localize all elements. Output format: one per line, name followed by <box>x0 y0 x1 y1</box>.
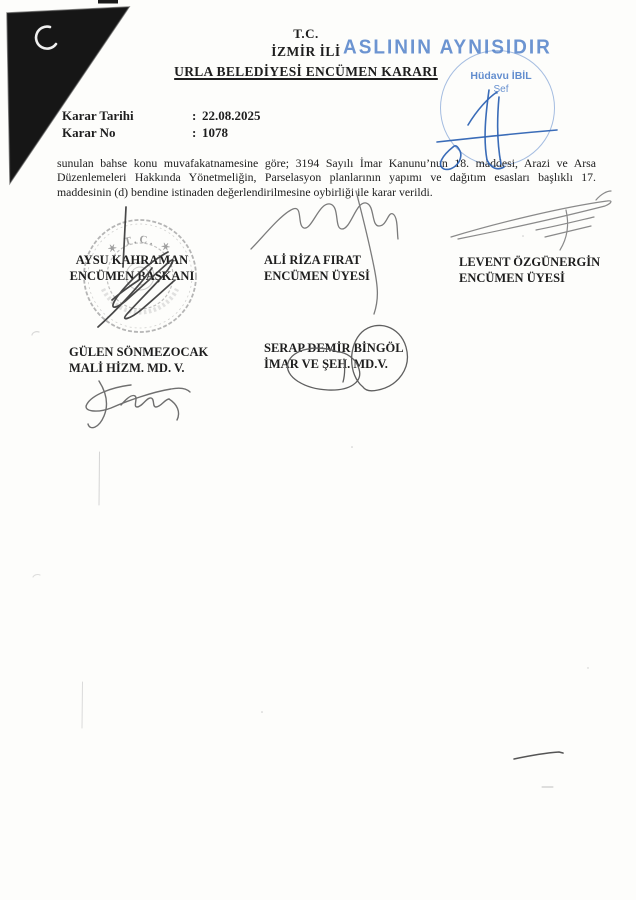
signature-block-finance-director: GÜLEN SÖNMEZOCAK MALİ HİZM. MD. V. <box>69 344 208 376</box>
paper-specks <box>261 235 589 713</box>
certifier-name: Hüdavu İBİL <box>448 70 554 82</box>
certifier-title: Şef <box>448 84 554 95</box>
meta-label-date: Karar Tarihi <box>62 108 192 124</box>
meta-separator: : <box>192 108 202 124</box>
signatory-name: GÜLEN SÖNMEZOCAK <box>69 344 208 360</box>
signatory-title: ENCÜMEN ÜYESİ <box>264 268 370 284</box>
meta-separator: : <box>192 125 202 141</box>
decision-meta: Karar Tarihi : 22.08.2025 Karar No : 107… <box>62 108 261 141</box>
signature-ink-member-2 <box>451 191 611 250</box>
body-line: Düzenlemeleri Hakkında Yönetmeliğin, Par… <box>57 170 596 184</box>
signatory-title: İMAR VE ŞEH. MD.V. <box>264 356 404 372</box>
scanned-document-page: ✶ T.C. ✶ T.C. İZMİR İLİ URLA BELEDİYESİ … <box>0 0 636 900</box>
meta-label-number: Karar No <box>62 125 192 141</box>
decision-body: sunulan bahse konu muvafakatnamesine gör… <box>57 156 596 199</box>
signature-block-planning-director: SERAP DEMİR BİNGÖL İMAR VE ŞEH. MD.V. <box>264 340 404 372</box>
signature-block-chairman: AYSU KAHRAMAN ENCÜMEN BAŞKANI <box>56 252 208 284</box>
body-line: sunulan bahse konu muvafakatnamesine gör… <box>57 156 596 170</box>
crease-line-2 <box>82 682 83 728</box>
meta-row-number: Karar No : 1078 <box>62 125 261 142</box>
crease-line-1 <box>99 452 100 505</box>
meta-value-date: 22.08.2025 <box>202 108 261 124</box>
signatory-name: ALİ RİZA FIRAT <box>264 252 370 268</box>
certification-stamp-circle <box>440 50 555 166</box>
pen-mark-1 <box>514 752 563 759</box>
signatory-title: MALİ HİZM. MD. V. <box>69 360 208 376</box>
signatory-name: LEVENT ÖZGÜNERGİN <box>459 254 600 270</box>
signatory-name: AYSU KAHRAMAN <box>56 252 208 268</box>
signature-ink-finance-director <box>86 381 190 428</box>
signatory-title: ENCÜMEN ÜYESİ <box>459 270 600 286</box>
punch-hole-mark-1 <box>28 329 43 344</box>
body-line: maddesinin (d) bendine istinaden değerle… <box>57 185 596 199</box>
signatory-name: SERAP DEMİR BİNGÖL <box>264 340 404 356</box>
signature-block-member-2: LEVENT ÖZGÜNERGİN ENCÜMEN ÜYESİ <box>459 254 600 286</box>
certified-copy-stamp-text: ASLININ AYNISIDIR <box>343 36 552 59</box>
signatory-title: ENCÜMEN BAŞKANI <box>56 268 208 284</box>
meta-value-number: 1078 <box>202 125 228 141</box>
meta-row-date: Karar Tarihi : 22.08.2025 <box>62 108 261 125</box>
signature-block-member-1: ALİ RİZA FIRAT ENCÜMEN ÜYESİ <box>264 252 370 284</box>
punch-hole-mark-2 <box>30 573 45 585</box>
